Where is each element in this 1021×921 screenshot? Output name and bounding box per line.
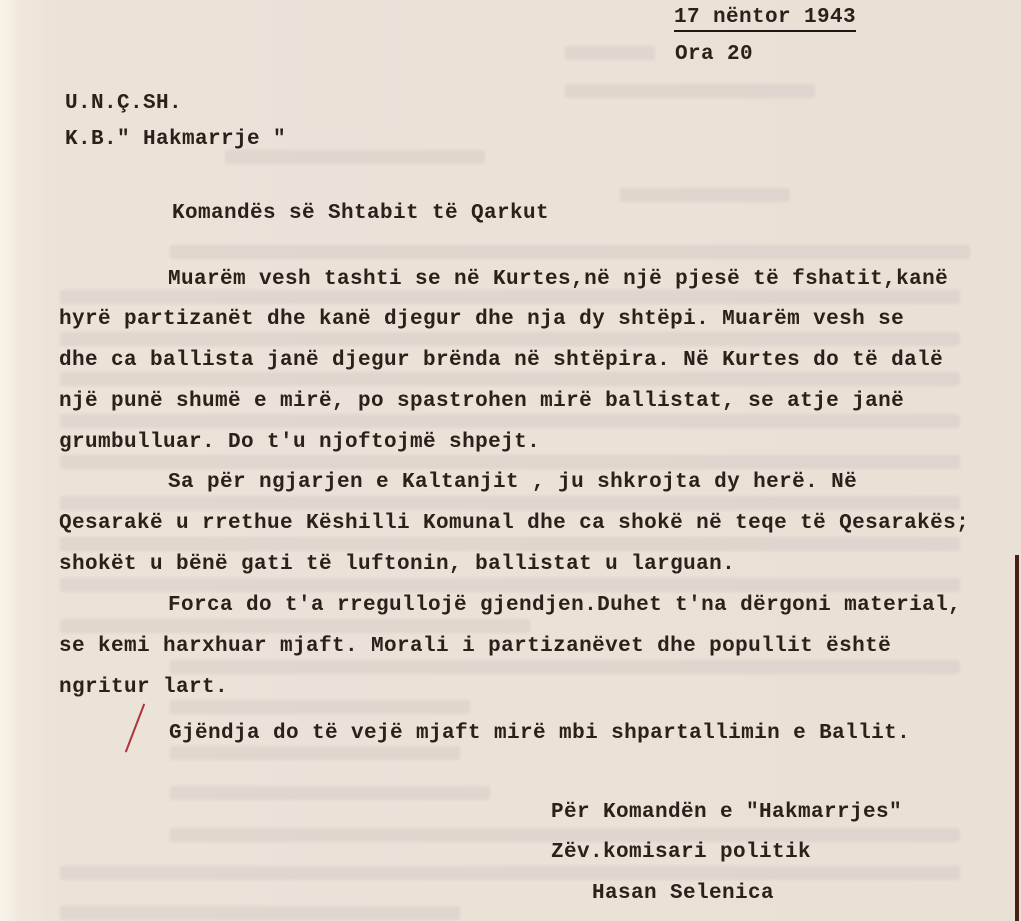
binding-edge xyxy=(1015,555,1019,921)
red-pencil-mark-icon xyxy=(125,703,146,752)
body-line: grumbulluar. Do t'u njoftojmë shpejt. xyxy=(59,431,540,455)
body-line: Forca do t'a rregullojë gjendjen.Duhet t… xyxy=(168,594,961,618)
body-line: hyrë partizanët dhe kanë djegur dhe nja … xyxy=(59,308,904,332)
bleed-through-ghost xyxy=(170,245,970,259)
body-line: shokët u bënë gati të luftonin, ballista… xyxy=(59,553,735,577)
body-line: dhe ca ballista janë djegur brënda në sh… xyxy=(59,349,943,373)
bleed-through-ghost xyxy=(60,414,960,428)
bleed-through-ghost xyxy=(60,578,960,592)
bleed-through-ghost xyxy=(170,660,960,674)
bleed-through-ghost xyxy=(170,700,470,714)
body-line: Qesarakë u rrethue Këshilli Komunal dhe … xyxy=(59,512,969,536)
bleed-through-ghost xyxy=(60,332,960,346)
signature-name: Hasan Selenica xyxy=(592,882,774,906)
signature-command: Për Komandën e "Hakmarrjes" xyxy=(551,801,902,825)
bleed-through-ghost xyxy=(60,866,960,880)
bleed-through-ghost xyxy=(170,786,490,800)
body-line: një punë shumë e mirë, po spastrohen mir… xyxy=(59,390,904,414)
document-time: Ora 20 xyxy=(675,43,753,67)
body-line: se kemi harxhuar mjaft. Morali i partiza… xyxy=(59,635,891,659)
signature-title: Zëv.komisari politik xyxy=(551,841,811,865)
bleed-through-ghost xyxy=(60,455,960,469)
bleed-through-ghost xyxy=(60,619,530,633)
body-line: ngritur lart. xyxy=(59,676,228,700)
body-line: Gjëndja do të vejë mjaft mirë mbi shpart… xyxy=(169,722,910,746)
scanned-document-page: 17 nëntor 1943 Ora 20 U.N.Ç.SH. K.B." Ha… xyxy=(0,0,1021,921)
bleed-through-ghost xyxy=(60,290,960,304)
sender-unit: K.B." Hakmarrje " xyxy=(65,128,286,152)
bleed-through-ghost xyxy=(60,906,460,920)
body-line: Muarëm vesh tashti se në Kurtes,në një p… xyxy=(168,268,948,292)
bleed-through-ghost xyxy=(225,150,485,164)
bleed-through-ghost xyxy=(620,188,790,202)
bleed-through-ghost xyxy=(60,537,960,551)
bleed-through-ghost xyxy=(565,84,815,98)
body-line: Sa për ngjarjen e Kaltanjit , ju shkrojt… xyxy=(168,471,857,495)
document-date: 17 nëntor 1943 xyxy=(674,6,856,32)
bleed-through-ghost xyxy=(60,496,960,510)
bleed-through-ghost xyxy=(565,46,655,60)
addressee: Komandës së Shtabit të Qarkut xyxy=(172,202,549,226)
bleed-through-ghost xyxy=(170,746,460,760)
sender-organization: U.N.Ç.SH. xyxy=(65,92,182,116)
bleed-through-ghost xyxy=(170,828,960,842)
bleed-through-ghost xyxy=(60,372,960,386)
